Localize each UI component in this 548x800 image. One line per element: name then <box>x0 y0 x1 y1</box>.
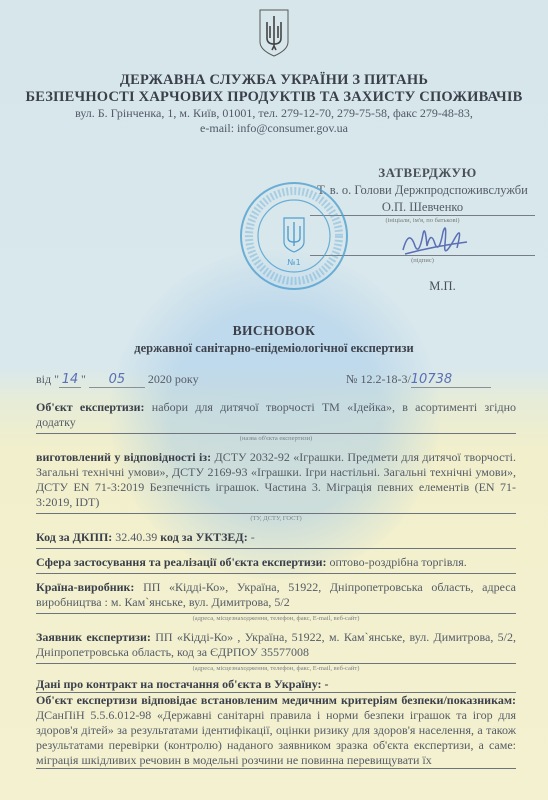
field-country: Країна-виробник: ПП «Кідді-Ко», Україна,… <box>36 580 516 610</box>
field-applicant: Заявник експертизи: ПП «Кідді-Ко» , Укра… <box>36 630 516 660</box>
date-year: 2020 року <box>148 372 199 386</box>
title-subtitle: державної санітарно-епідеміологічної екс… <box>0 341 548 356</box>
date-quote: " <box>81 372 86 386</box>
field-compliance: Об'єкт експертизи відповідає встановлени… <box>36 693 516 768</box>
title-main: ВИСНОВОК <box>0 323 548 339</box>
date-month: 05 <box>89 372 145 388</box>
seal-label: М.П. <box>350 279 535 294</box>
handwritten-signature-icon <box>395 220 470 265</box>
org-address: вул. Б. Грінченка, 1, м. Київ, 01001, те… <box>0 106 548 121</box>
registration-number-prefix: № 12.2-18-3/ <box>346 372 411 386</box>
stamp-number: №1 <box>287 258 300 267</box>
ukraine-trident-icon <box>258 8 290 58</box>
field-codes-value2: - <box>251 530 255 544</box>
field-compliance-label: Об'єкт експертизи відповідає встановлени… <box>36 693 516 707</box>
org-email: e-mail: info@consumer.gov.ua <box>0 121 548 136</box>
conclusion-title: ВИСНОВОК державної санітарно-епідеміолог… <box>0 323 548 356</box>
org-name-line1: ДЕРЖАВНА СЛУЖБА УКРАЇНИ З ПИТАНЬ <box>0 72 548 89</box>
field-contract-label: Дані про контракт на постачання об'єкта … <box>36 677 322 691</box>
field-contract: Дані про контракт на постачання об'єкта … <box>36 677 516 692</box>
registration-number-value: 10738 <box>411 372 491 388</box>
field-object-label: Об'єкт експертизи: <box>36 400 145 414</box>
field-country-caption: (адреса, місцезнаходження, телефон, факс… <box>36 614 516 624</box>
field-applicant-caption: (адреса, місцезнаходження, телефон, факс… <box>36 664 516 674</box>
date-day: 14 <box>59 372 81 388</box>
field-codes-label1: Код за ДКПП: <box>36 530 112 544</box>
approval-title: ЗАТВЕРДЖУЮ <box>320 165 535 181</box>
field-codes-label2: код за УКТЗЕД: <box>160 530 247 544</box>
field-codes: Код за ДКПП: 32.40.39 код за УКТЗЕД: - <box>36 530 516 545</box>
field-object: Об'єкт експертизи: набори для дитячої тв… <box>36 400 516 430</box>
field-compliance-value: ДСанПіН 5.5.6.012-98 «Державні санітарні… <box>36 708 516 767</box>
registration-number: № 12.2-18-3/10738 <box>346 372 491 388</box>
date-number-row: від "14" 05 2020 року № 12.2-18-3/10738 <box>36 372 516 388</box>
date-prefix: від " <box>36 372 59 386</box>
official-stamp-icon: №1 <box>238 180 350 292</box>
field-scope-label: Сфера застосування та реалізації об'єкта… <box>36 555 326 569</box>
field-contract-value: - <box>322 677 329 691</box>
field-country-label: Країна-виробник: <box>36 580 134 594</box>
field-object-caption: (назва об'єкта експертизи) <box>36 434 516 444</box>
conclusion-fields: Об'єкт експертизи: набори для дитячої тв… <box>36 400 516 769</box>
document-page: ДЕРЖАВНА СЛУЖБА УКРАЇНИ З ПИТАНЬ БЕЗПЕЧН… <box>0 0 548 800</box>
letterhead: ДЕРЖАВНА СЛУЖБА УКРАЇНИ З ПИТАНЬ БЕЗПЕЧН… <box>0 72 548 136</box>
divider <box>36 768 516 769</box>
field-applicant-label: Заявник експертизи: <box>36 630 151 644</box>
field-standards-caption: (ТУ, ДСТУ, ГОСТ) <box>36 514 516 524</box>
field-standards-label: виготовлений у відповідності із: <box>36 450 211 464</box>
field-scope-value: оптово-роздрібна торгівля. <box>329 555 466 569</box>
field-codes-value1: 32.40.39 <box>115 530 157 544</box>
field-scope: Сфера застосування та реалізації об'єкта… <box>36 555 516 570</box>
org-name-line2: БЕЗПЕЧНОСТІ ХАРЧОВИХ ПРОДУКТІВ ТА ЗАХИСТ… <box>0 89 548 106</box>
field-standards: виготовлений у відповідності із: ДСТУ 20… <box>36 450 516 510</box>
